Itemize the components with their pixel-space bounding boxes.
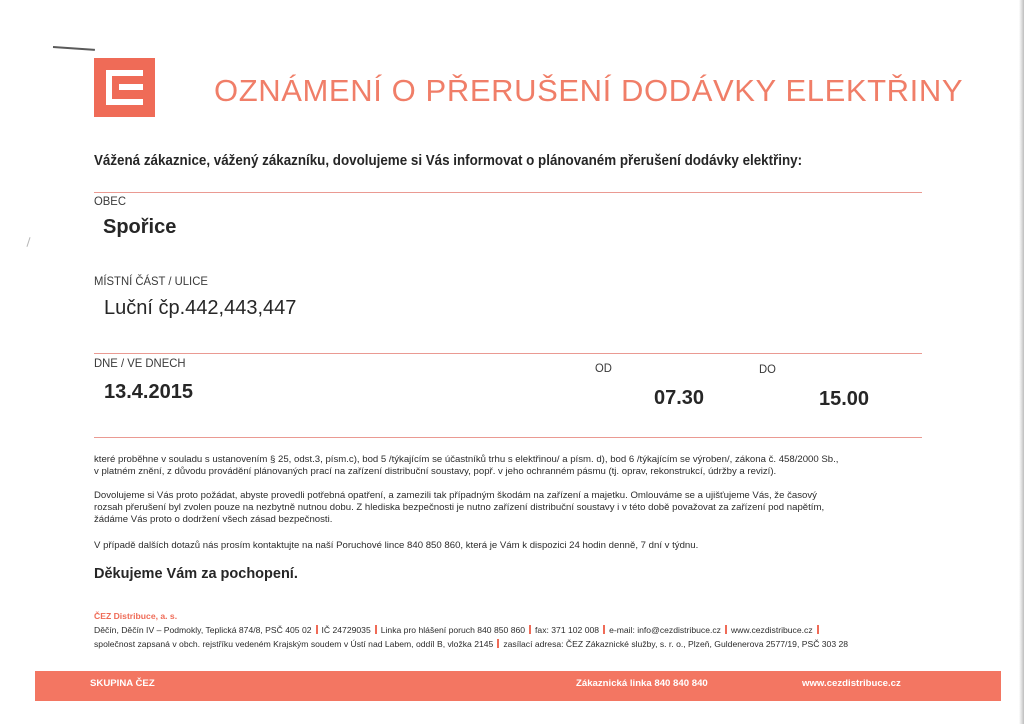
safety-line: Dovolujeme si Vás proto požádat, abyste … xyxy=(94,490,934,502)
company-ico: IČ 24729035 xyxy=(322,625,371,635)
safety-paragraph: Dovolujeme si Vás proto požádat, abyste … xyxy=(94,490,934,527)
separator xyxy=(817,625,819,634)
from-label: OD xyxy=(595,361,612,375)
footer-customer-line: Zákaznická linka 840 840 840 xyxy=(576,678,708,689)
separator xyxy=(529,625,531,634)
separator xyxy=(725,625,727,634)
legal-line: v platném znění, z důvodu provádění plán… xyxy=(94,466,934,478)
fax: fax: 371 102 008 xyxy=(535,625,599,635)
street-value: Luční čp.442,443,447 xyxy=(104,297,296,320)
greeting: Vážená zákaznice, vážený zákazníku, dovo… xyxy=(94,153,802,169)
document-title: OZNÁMENÍ O PŘERUŠENÍ DODÁVKY ELEKTŘINY xyxy=(214,73,963,109)
date-value: 13.4.2015 xyxy=(104,381,193,404)
scan-page-edge xyxy=(1019,0,1024,724)
divider xyxy=(94,192,922,193)
pen-mark xyxy=(53,46,95,51)
company-address: Děčín, Děčín IV – Podmokly, Teplická 874… xyxy=(94,625,312,635)
safety-line: rozsah přerušení byl zvolen pouze na nez… xyxy=(94,502,934,514)
separator xyxy=(375,625,377,634)
divider xyxy=(94,353,922,354)
registration: společnost zapsaná v obch. rejstříku ved… xyxy=(94,639,493,649)
municipality-value: Spořice xyxy=(103,216,176,239)
street-label: MÍSTNÍ ČÁST / ULICE xyxy=(94,274,208,288)
footer-group-label: SKUPINA ČEZ xyxy=(90,678,155,689)
logo-stroke xyxy=(106,70,143,76)
contact-line: V případě dalších dotazů nás prosím kont… xyxy=(94,540,934,552)
stray-mark xyxy=(26,237,30,247)
thanks-text: Děkujeme Vám za pochopení. xyxy=(94,566,298,582)
from-value: 07.30 xyxy=(654,387,704,410)
divider xyxy=(94,437,922,438)
fault-line: Linka pro hlášení poruch 840 850 860 xyxy=(381,625,525,635)
website-link: www.cezdistribuce.cz xyxy=(731,625,813,635)
cez-logo xyxy=(94,58,155,117)
separator xyxy=(497,639,499,648)
logo-stroke xyxy=(119,84,143,90)
date-label: DNE / VE DNECH xyxy=(94,356,186,370)
legal-paragraph: které proběhne v souladu s ustanovením §… xyxy=(94,454,934,478)
logo-stroke xyxy=(106,99,143,105)
legal-line: které proběhne v souladu s ustanovením §… xyxy=(94,454,934,466)
separator xyxy=(603,625,605,634)
to-label: DO xyxy=(759,362,776,376)
to-value: 15.00 xyxy=(819,388,869,411)
company-info-line-1: Děčín, Děčín IV – Podmokly, Teplická 874… xyxy=(94,625,823,635)
separator xyxy=(316,625,318,634)
safety-line: žádáme Vás proto o dodržení všech zásad … xyxy=(94,514,934,526)
company-name: ČEZ Distribuce, a. s. xyxy=(94,611,177,621)
footer-bar: SKUPINA ČEZ Zákaznická linka 840 840 840… xyxy=(35,671,1001,701)
contact-paragraph: V případě dalších dotazů nás prosím kont… xyxy=(94,540,934,552)
municipality-label: OBEC xyxy=(94,194,126,208)
footer-website: www.cezdistribuce.cz xyxy=(802,678,901,689)
email: e-mail: info@cezdistribuce.cz xyxy=(609,625,721,635)
mailing-address: zasílací adresa: ČEZ Zákaznické služby, … xyxy=(503,639,848,649)
company-info-line-2: společnost zapsaná v obch. rejstříku ved… xyxy=(94,639,848,649)
